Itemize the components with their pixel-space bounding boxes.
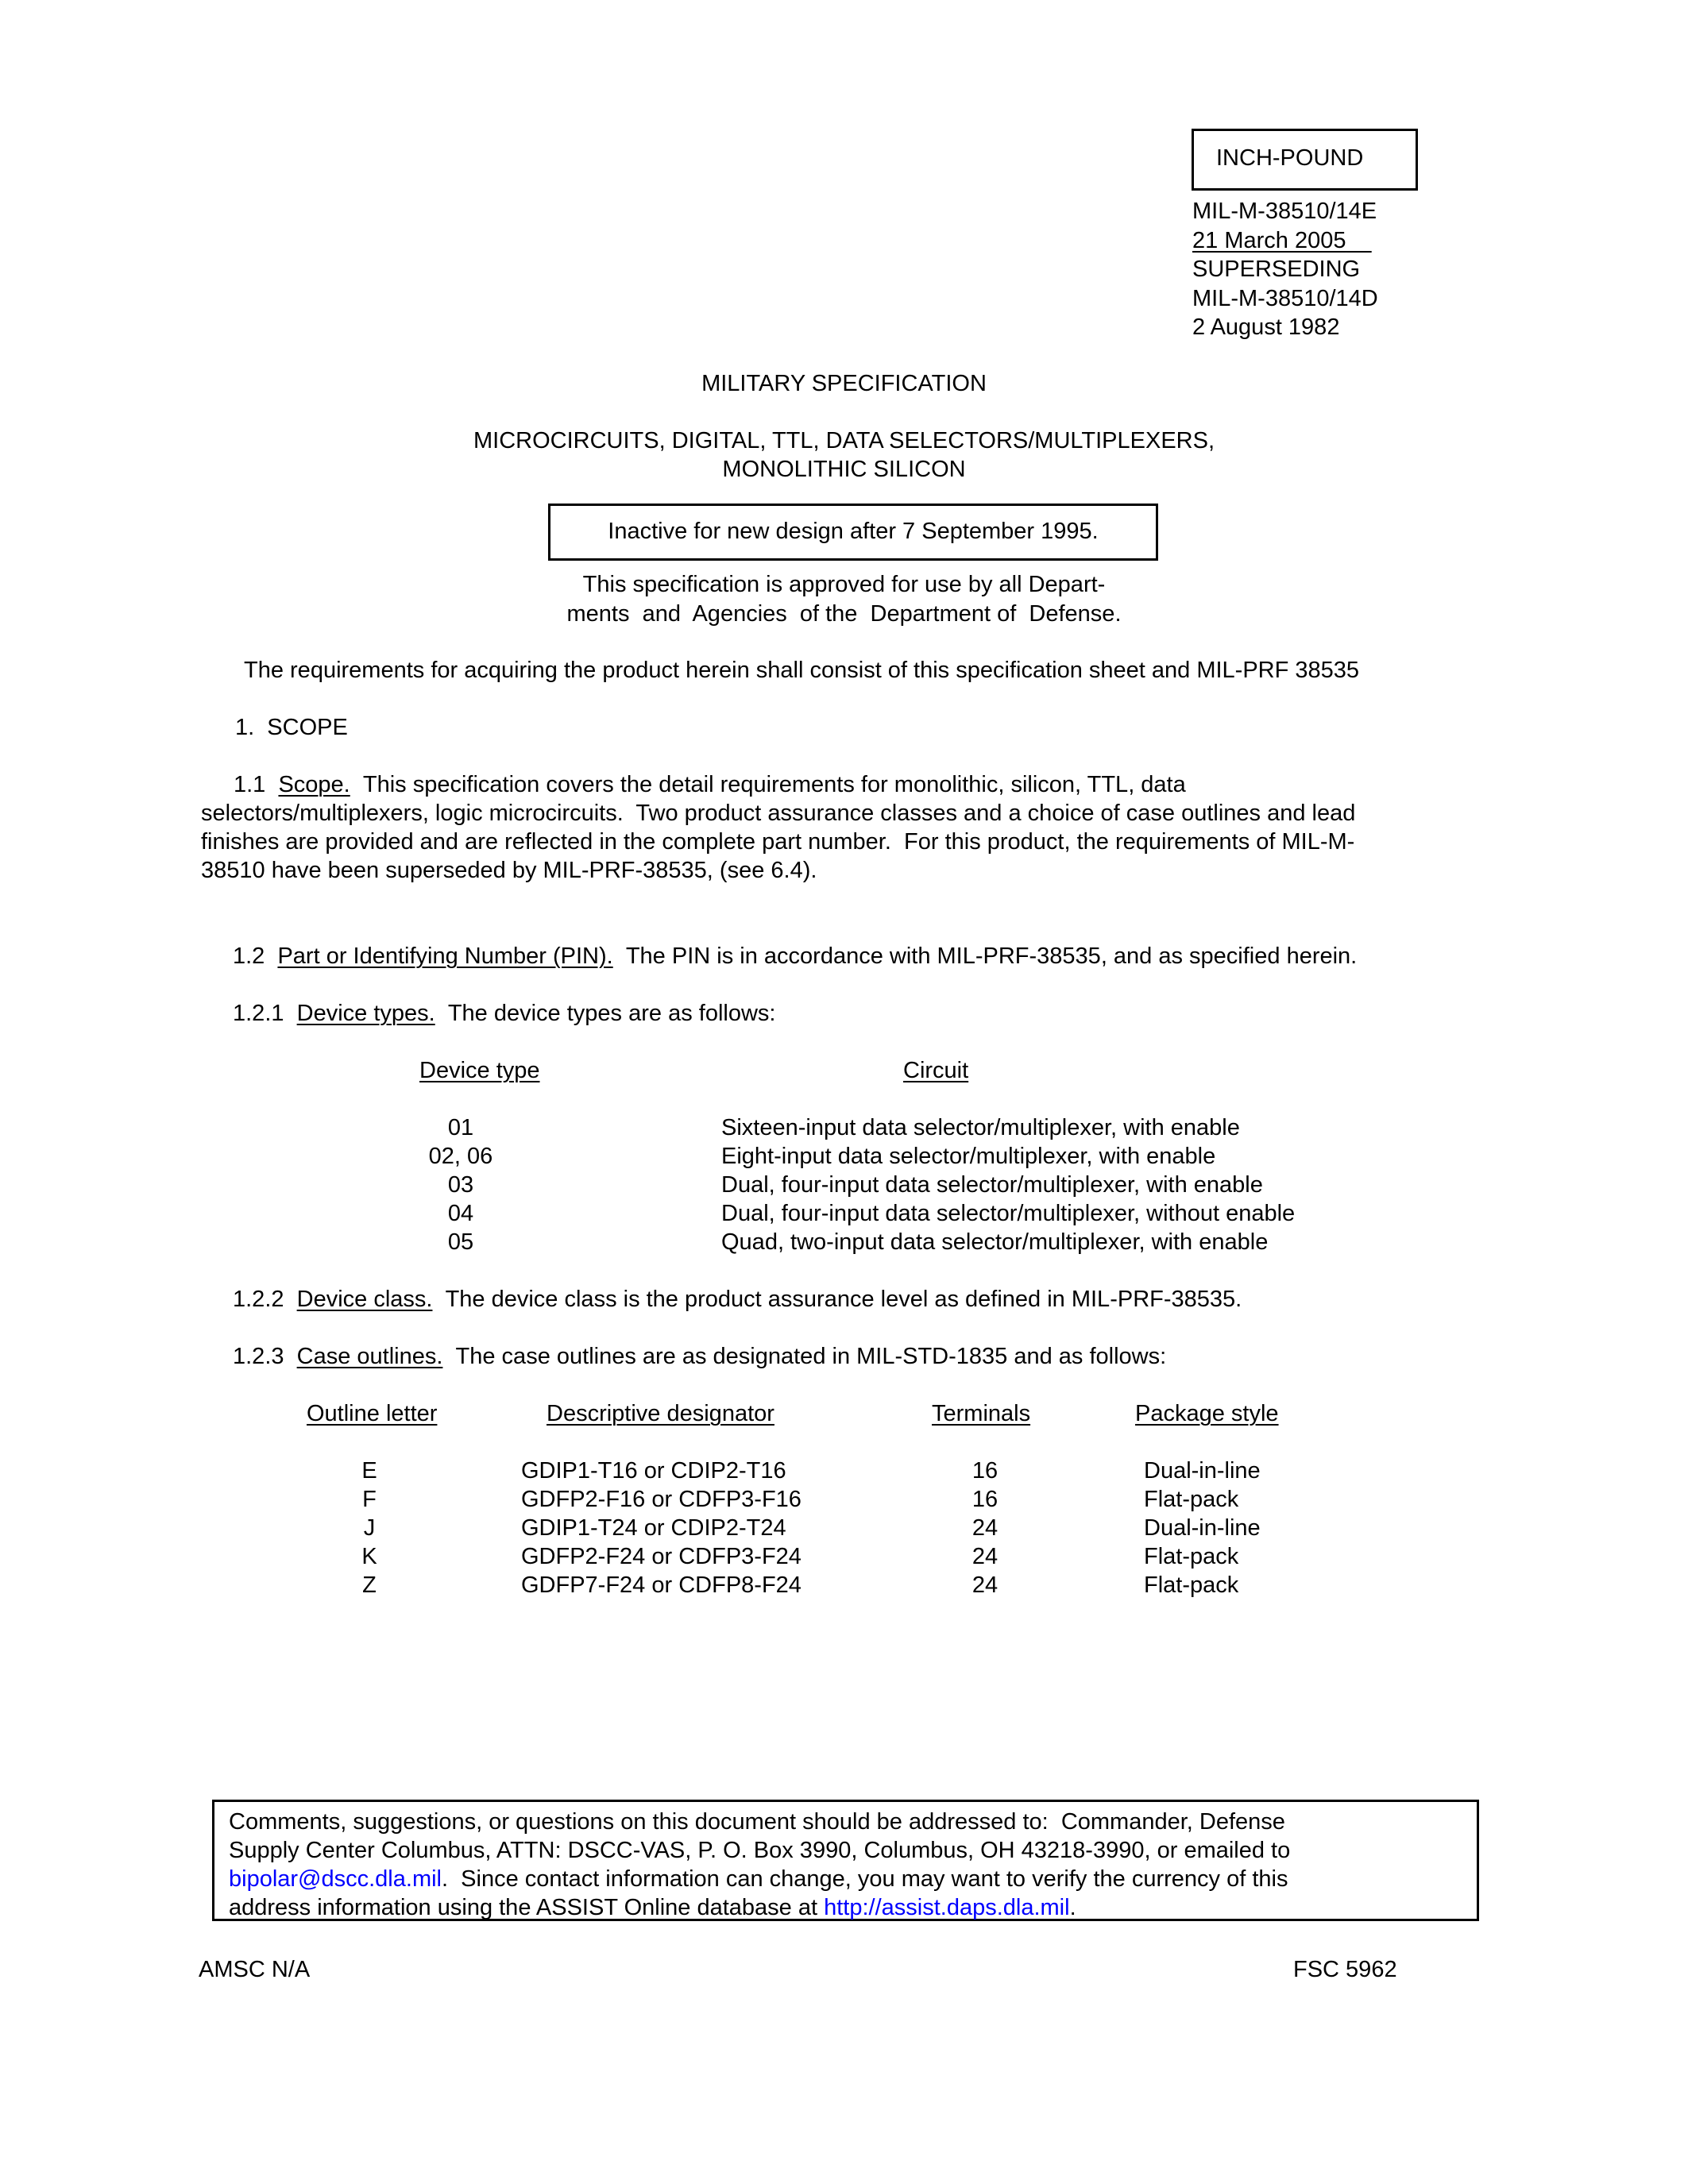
package-style-cell: Flat-pack <box>1144 1571 1238 1599</box>
outline-letter-cell: K <box>302 1542 437 1571</box>
package-style-cell: Flat-pack <box>1144 1542 1238 1571</box>
inactive-notice-box: Inactive for new design after 7 Septembe… <box>548 504 1158 561</box>
device-types-title: Device types. <box>297 1001 435 1026</box>
comments-box: Comments, suggestions, or questions on t… <box>212 1800 1479 1921</box>
device-type-cell: 03 <box>381 1171 540 1199</box>
descriptive-designator-cell: GDFP2-F16 or CDFP3-F16 <box>521 1485 802 1514</box>
comments-line-2: Supply Center Columbus, ATTN: DSCC-VAS, … <box>229 1838 1290 1863</box>
superseded-doc-number: MIL-M-38510/14D <box>1192 284 1378 314</box>
superseding-label: SUPERSEDING <box>1192 255 1378 284</box>
outline-letter-cell: F <box>302 1485 437 1514</box>
outline-letter-column-header: Outline letter <box>307 1399 437 1428</box>
circuit-cell: Sixteen-input data selector/multiplexer,… <box>721 1113 1240 1142</box>
circuit-cell: Eight-input data selector/multiplexer, w… <box>721 1142 1215 1171</box>
package-style-cell: Dual-in-line <box>1144 1457 1261 1485</box>
section-1-2-1-device-types: 1.2.1 Device types. The device types are… <box>233 999 775 1028</box>
descriptive-designator-cell: GDFP2-F24 or CDFP3-F24 <box>521 1542 802 1571</box>
circuit-cell: Dual, four-input data selector/multiplex… <box>721 1171 1263 1199</box>
fsc-label: FSC 5962 <box>1293 1955 1397 1984</box>
section-1-2-pin: 1.2 Part or Identifying Number (PIN). Th… <box>233 942 1357 970</box>
device-type-cell: 01 <box>381 1113 540 1142</box>
descriptive-designator-cell: GDIP1-T16 or CDIP2-T16 <box>521 1457 786 1485</box>
package-style-column-header: Package style <box>1135 1399 1279 1428</box>
approval-line-2: ments and Agencies of the Department of … <box>0 600 1688 629</box>
device-class-title: Device class. <box>297 1287 433 1312</box>
scope-heading: 1. SCOPE <box>235 713 348 742</box>
document-identifier-block: MIL-M-38510/14E 21 March 2005 SUPERSEDIN… <box>1192 197 1378 342</box>
terminals-cell: 24 <box>937 1514 1033 1542</box>
email-link[interactable]: bipolar@dscc.dla.mil <box>229 1866 442 1892</box>
subject-line-2: MONOLITHIC SILICON <box>0 455 1688 484</box>
superseded-doc-date: 2 August 1982 <box>1192 313 1378 342</box>
amsc-label: AMSC N/A <box>199 1955 310 1984</box>
scope-title: Scope. <box>278 772 350 797</box>
approval-line-1: This specification is approved for use b… <box>0 570 1688 600</box>
section-1-1-scope: 1.1 Scope. This specification covers the… <box>201 770 1472 885</box>
section-1-2-2-device-class: 1.2.2 Device class. The device class is … <box>233 1285 1242 1314</box>
inactive-notice: Inactive for new design after 7 Septembe… <box>550 506 1156 557</box>
scope-line-1: 1.1 Scope. This specification covers the… <box>201 770 1472 799</box>
section-1-2-3-case-outlines: 1.2.3 Case outlines. The case outlines a… <box>233 1342 1166 1371</box>
device-type-column-header: Device type <box>419 1056 540 1085</box>
doc-number: MIL-M-38510/14E <box>1192 197 1378 226</box>
scope-line-3: finishes are provided and are reflected … <box>201 828 1472 856</box>
subject-line-1: MICROCIRCUITS, DIGITAL, TTL, DATA SELECT… <box>0 426 1688 455</box>
device-type-cell: 05 <box>381 1228 540 1256</box>
terminals-cell: 24 <box>937 1542 1033 1571</box>
scope-line-4: 38510 have been superseded by MIL-PRF-38… <box>201 856 1472 885</box>
doc-date: 21 March 2005 <box>1192 226 1378 256</box>
spec-type-title: MILITARY SPECIFICATION <box>0 369 1688 398</box>
approval-statement: This specification is approved for use b… <box>0 570 1688 629</box>
circuit-column-header: Circuit <box>903 1056 968 1085</box>
inch-pound-label: INCH-POUND <box>1216 144 1363 172</box>
inch-pound-box: INCH-POUND <box>1192 129 1418 191</box>
descriptive-designator-cell: GDFP7-F24 or CDFP8-F24 <box>521 1571 802 1599</box>
circuit-cell: Dual, four-input data selector/multiplex… <box>721 1199 1295 1228</box>
case-outlines-title: Case outlines. <box>297 1344 443 1369</box>
device-type-cell: 04 <box>381 1199 540 1228</box>
spec-subject: MICROCIRCUITS, DIGITAL, TTL, DATA SELECT… <box>0 426 1688 484</box>
descriptive-designator-column-header: Descriptive designator <box>547 1399 774 1428</box>
terminals-column-header: Terminals <box>932 1399 1030 1428</box>
outline-letter-cell: J <box>302 1514 437 1542</box>
outline-letter-cell: Z <box>302 1571 437 1599</box>
outline-letter-cell: E <box>302 1457 437 1485</box>
terminals-cell: 24 <box>937 1571 1033 1599</box>
comments-line-1: Comments, suggestions, or questions on t… <box>229 1809 1285 1835</box>
pin-title: Part or Identifying Number (PIN). <box>277 943 612 969</box>
terminals-cell: 16 <box>937 1485 1033 1514</box>
package-style-cell: Dual-in-line <box>1144 1514 1261 1542</box>
scope-line-2: selectors/multiplexers, logic microcircu… <box>201 799 1472 828</box>
requirements-statement: The requirements for acquiring the produ… <box>244 656 1359 685</box>
package-style-cell: Flat-pack <box>1144 1485 1238 1514</box>
circuit-cell: Quad, two-input data selector/multiplexe… <box>721 1228 1268 1256</box>
device-type-cell: 02, 06 <box>381 1142 540 1171</box>
descriptive-designator-cell: GDIP1-T24 or CDIP2-T24 <box>521 1514 786 1542</box>
terminals-cell: 16 <box>937 1457 1033 1485</box>
assist-url-link[interactable]: http://assist.daps.dla.mil <box>824 1895 1069 1920</box>
